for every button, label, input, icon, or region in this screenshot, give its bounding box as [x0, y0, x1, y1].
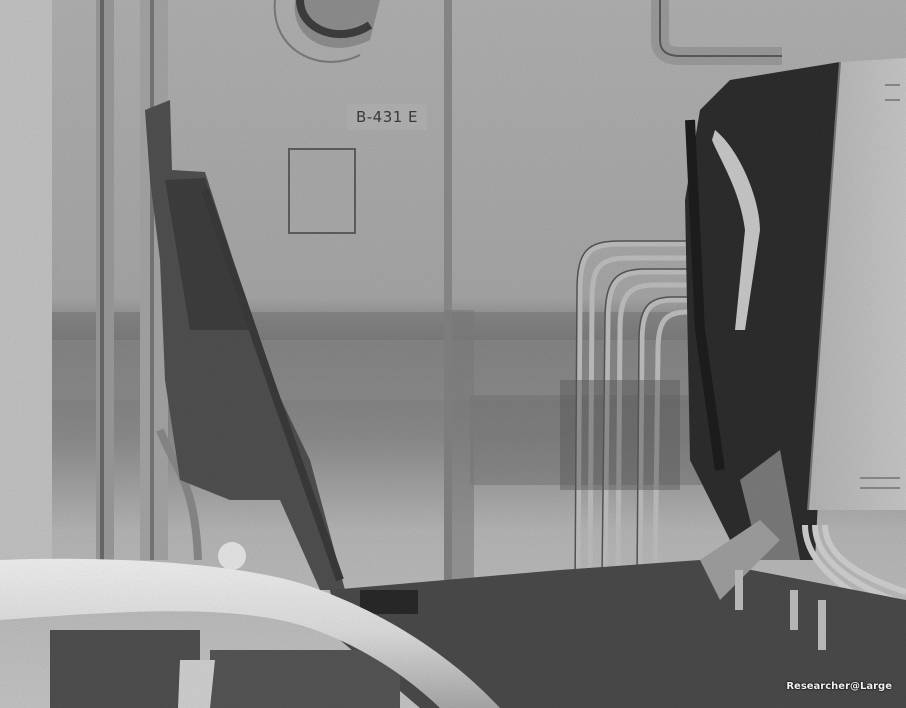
watermark: Researcher@Large [786, 681, 892, 692]
compartment-stencil-label: B-431 E [347, 104, 427, 130]
compartment-photo [0, 0, 906, 708]
